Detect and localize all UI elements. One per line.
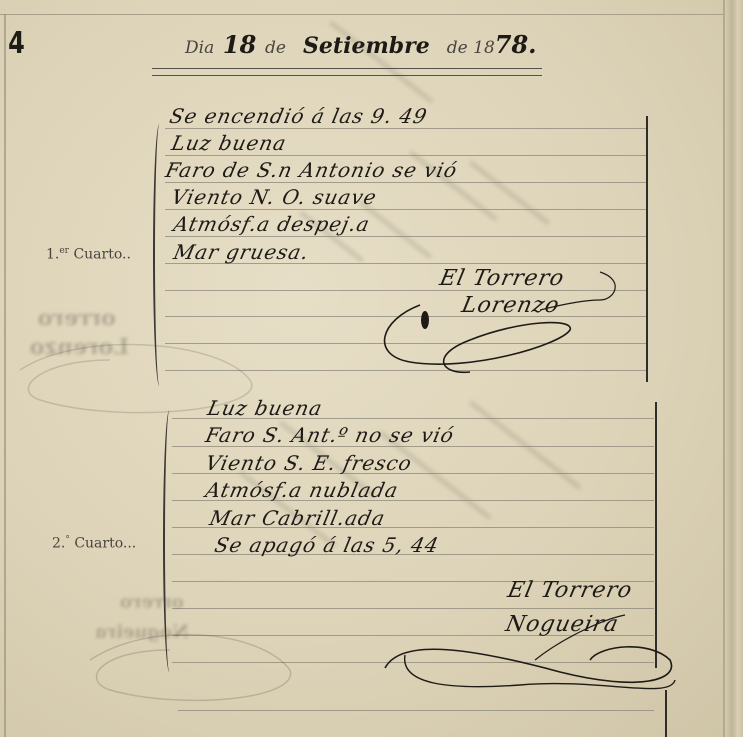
watch-2-signature-flourish <box>0 0 743 737</box>
logbook-page: “ 4 Dia 18 de Setiembre de 1878. <box>0 0 743 737</box>
